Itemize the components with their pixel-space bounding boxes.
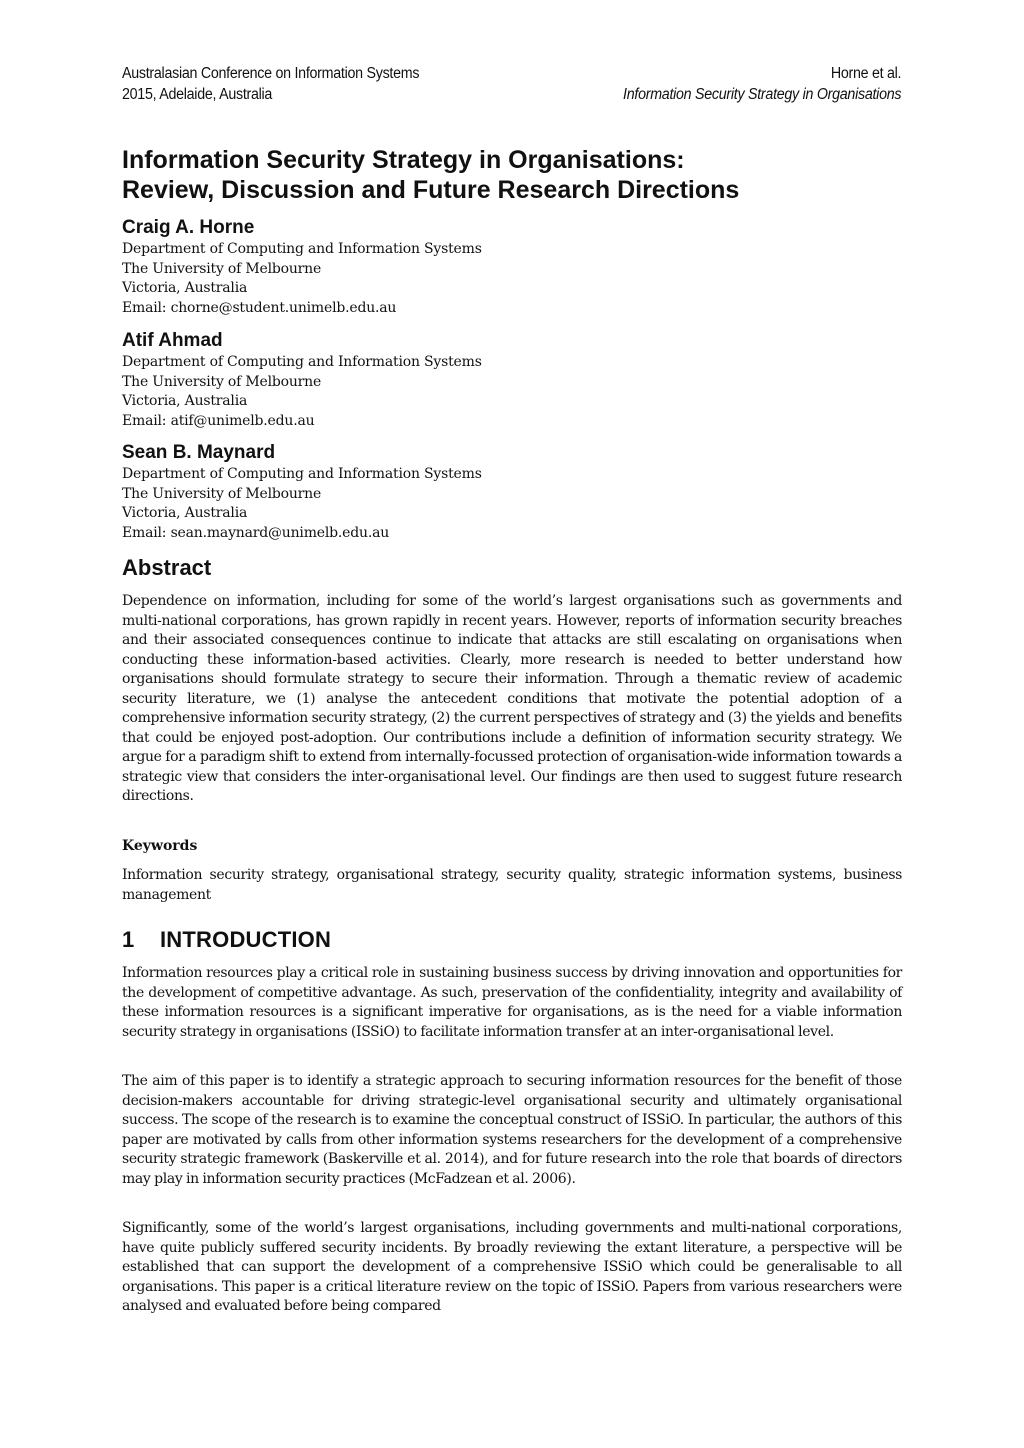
author-department: Department of Computing and Information … — [122, 240, 822, 260]
author-department: Department of Computing and Information … — [122, 353, 822, 373]
short-title: Information Security Strategy in Organis… — [623, 84, 901, 105]
author-name: Atif Ahmad — [122, 330, 822, 352]
author-location: Victoria, Australia — [122, 504, 822, 524]
paper-title: Information Security Strategy in Organis… — [122, 145, 922, 205]
author-university: The University of Melbourne — [122, 485, 822, 505]
conference-name: Australasian Conference on Information S… — [122, 63, 419, 84]
author-block: Craig A. Horne Department of Computing a… — [122, 217, 822, 318]
author-location: Victoria, Australia — [122, 392, 822, 412]
conference-details: 2015, Adelaide, Australia — [122, 84, 419, 105]
keywords-heading: Keywords — [122, 838, 197, 854]
author-block: Sean B. Maynard Department of Computing … — [122, 442, 822, 543]
intro-paragraph: Information resources play a critical ro… — [122, 964, 902, 1042]
author-department: Department of Computing and Information … — [122, 465, 822, 485]
abstract-text: Dependence on information, including for… — [122, 592, 902, 807]
author-email[interactable]: Email: chorne@student.unimelb.edu.au — [122, 299, 822, 319]
authors-short: Horne et al. — [623, 63, 901, 84]
section-title: INTRODUCTION — [160, 927, 331, 952]
title-line-2: Review, Discussion and Future Research D… — [122, 176, 739, 204]
abstract-heading: Abstract — [122, 555, 211, 581]
author-block: Atif Ahmad Department of Computing and I… — [122, 330, 822, 431]
keywords-text: Information security strategy, organisat… — [122, 866, 902, 905]
title-line-1: Information Security Strategy in Organis… — [122, 146, 685, 174]
author-name: Sean B. Maynard — [122, 442, 822, 464]
introduction-heading: 1INTRODUCTION — [122, 927, 331, 953]
intro-paragraph: The aim of this paper is to identify a s… — [122, 1072, 902, 1189]
author-university: The University of Melbourne — [122, 260, 822, 280]
author-email[interactable]: Email: sean.maynard@unimelb.edu.au — [122, 524, 822, 544]
section-number: 1 — [122, 927, 160, 953]
paper-short-info: Horne et al. Information Security Strate… — [623, 63, 901, 105]
author-location: Victoria, Australia — [122, 279, 822, 299]
author-university: The University of Melbourne — [122, 373, 822, 393]
author-email[interactable]: Email: atif@unimelb.edu.au — [122, 412, 822, 432]
author-name: Craig A. Horne — [122, 217, 822, 239]
intro-paragraph: Significantly, some of the world’s large… — [122, 1219, 902, 1317]
conference-info: Australasian Conference on Information S… — [122, 63, 419, 105]
